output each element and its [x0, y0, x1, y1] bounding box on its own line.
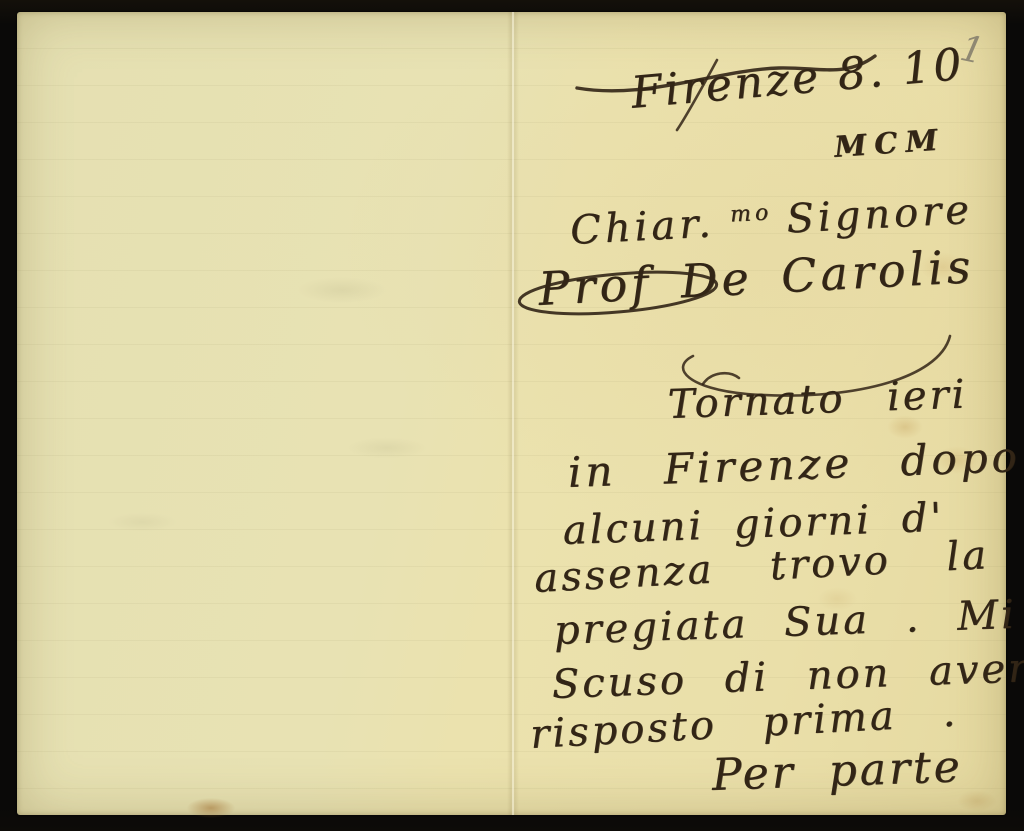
- show-through-smudge: [297, 277, 387, 303]
- show-through-smudge: [107, 512, 177, 532]
- body-line: Tornato ieri: [667, 372, 968, 428]
- letter-paper: 1 Firenze 8. 10 MCM Chiar.moSignore Prof…: [17, 12, 1006, 815]
- salutation-title-superscript: mo: [729, 200, 772, 227]
- body-line: in Firenze dopo: [567, 432, 1022, 497]
- stain-spot: [957, 790, 997, 812]
- letter-photo-stage: 1 Firenze 8. 10 MCM Chiar.moSignore Prof…: [0, 0, 1024, 831]
- salutation-title-abbrev: Chiar.: [569, 200, 716, 253]
- stain-spot: [187, 798, 235, 818]
- year-roman: MCM: [833, 122, 946, 164]
- show-through-smudge: [347, 437, 427, 459]
- body-line: Per parte: [711, 741, 963, 801]
- fold-crease: [507, 12, 519, 815]
- dateline: Firenze 8. 10: [629, 39, 966, 119]
- body-line: pregiata Sua . Mi: [553, 592, 1018, 654]
- salutation-addressee-title: Signore: [785, 187, 974, 243]
